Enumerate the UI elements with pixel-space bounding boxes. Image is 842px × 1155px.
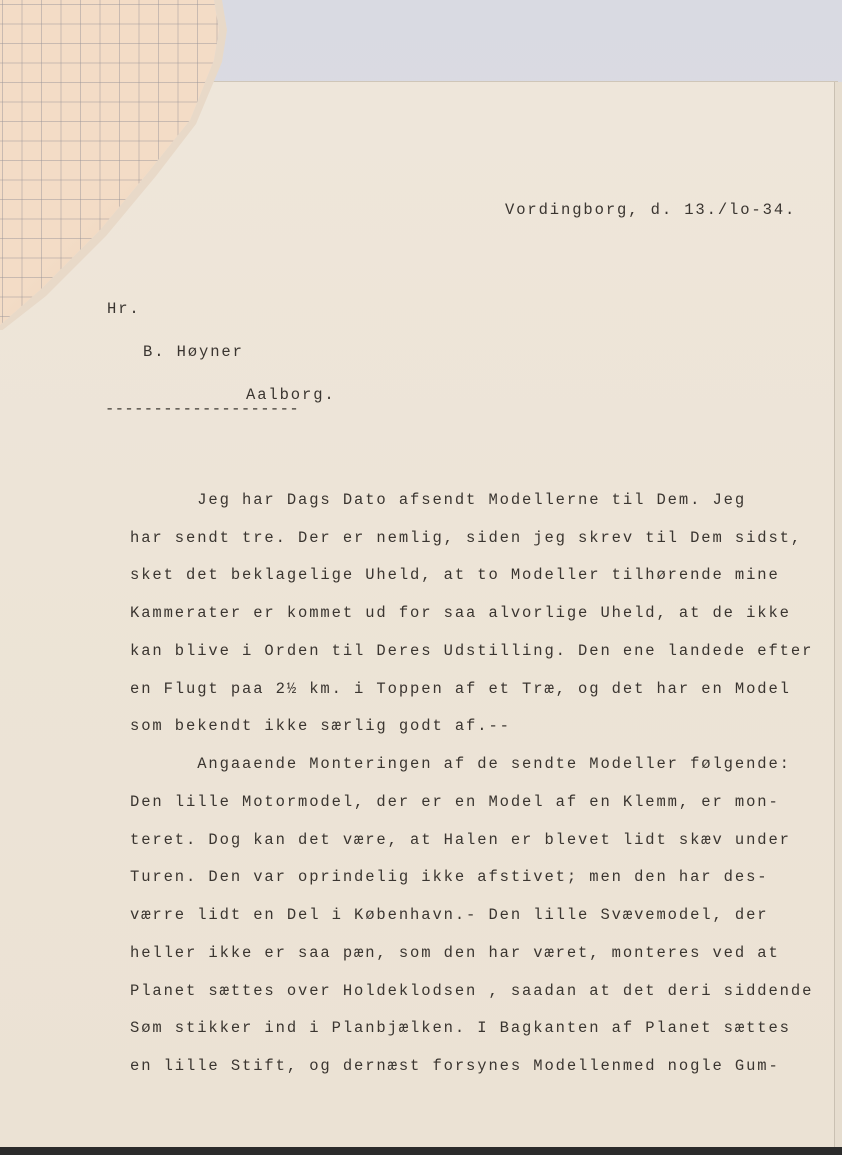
- body-line: teret. Dog kan det være, at Halen er ble…: [130, 831, 791, 849]
- body-line: sket det beklagelige Uheld, at to Modell…: [130, 566, 780, 584]
- letter-right-edge: [834, 82, 835, 1147]
- underlying-page-edge: [835, 82, 842, 1147]
- body-line: kan blive i Orden til Deres Udstilling. …: [130, 642, 813, 660]
- body-line: værre lidt en Del i København.- Den lill…: [130, 906, 769, 924]
- body-line: Den lille Motormodel, der er en Model af…: [130, 793, 780, 811]
- body-line: en lille Stift, og dernæst forsynes Mode…: [130, 1057, 780, 1075]
- body-line: Turen. Den var oprindelig ikke afstivet;…: [130, 868, 769, 886]
- body-line: som bekendt ikke særlig godt af.--: [130, 717, 511, 735]
- body-line: en Flugt paa 2½ km. i Toppen af et Træ, …: [130, 680, 791, 698]
- recipient-name: B. Høyner: [143, 343, 244, 361]
- salutation: Hr.: [107, 300, 141, 318]
- date-line: Vordingborg, d. 13./lo-34.: [505, 201, 796, 219]
- body-line: Kammerater er kommet ud for saa alvorlig…: [130, 604, 791, 622]
- body-line: Planet sættes over Holdeklodsen , saadan…: [130, 982, 813, 1000]
- body-line: har sendt tre. Der er nemlig, siden jeg …: [130, 529, 802, 547]
- body-line: Jeg har Dags Dato afsendt Modellerne til…: [130, 491, 746, 509]
- body-line: Søm stikker ind i Planbjælken. I Bagkant…: [130, 1019, 791, 1037]
- scanner-bottom-edge: [0, 1147, 842, 1155]
- body-line: heller ikke er saa pæn, som den har være…: [130, 944, 780, 962]
- address-separator: --------------------: [105, 400, 299, 418]
- body-line: Angaaende Monteringen af de sendte Model…: [130, 755, 791, 773]
